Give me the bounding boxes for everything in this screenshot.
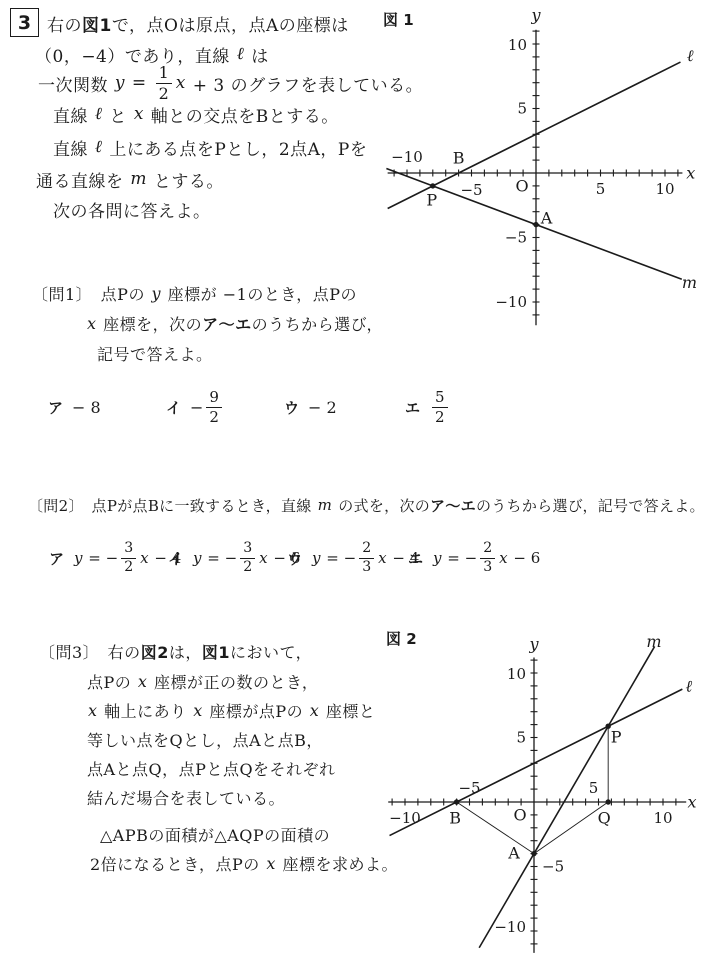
text-run: 軸上にあり <box>99 699 193 722</box>
axis-label-x: x <box>686 164 695 183</box>
point-label-B: B <box>453 149 465 168</box>
axis-label-y: y <box>528 634 539 653</box>
question3-line: 等しい点をQとし，点Aと点B， <box>87 728 323 750</box>
text-run: で，点Oは原点，点Aの座標は <box>112 11 349 36</box>
point-label-P: P <box>611 728 622 747</box>
intro-line: 通る直線を m とする。 <box>36 168 224 190</box>
text-run: の式を，次の <box>333 495 430 516</box>
math-variable: m <box>317 496 334 514</box>
fraction-numerator: 3 <box>121 541 136 559</box>
point-label-Q: Q <box>598 809 611 828</box>
fraction-numerator: 2 <box>480 541 495 559</box>
choice-label: イ <box>166 397 181 418</box>
text-run: と <box>104 102 133 127</box>
math-variable: x <box>258 549 268 567</box>
tick-label: 5 <box>516 729 526 747</box>
point-label-B: B <box>449 809 461 828</box>
choice-label: エ <box>408 548 423 569</box>
math-variable: x <box>192 701 204 720</box>
math-variable: m <box>129 169 148 189</box>
choice-label: ア <box>49 548 64 569</box>
question3-line: 〔問3〕 右の図2は，図1において， <box>39 640 312 662</box>
axis-label-y: y <box>530 5 541 24</box>
text-run: 座標を，次の <box>98 312 203 335</box>
text-run: 右の <box>47 11 82 36</box>
tick-label: −10 <box>391 148 423 166</box>
choice-label: ア <box>48 397 63 418</box>
question1-line: 記号で答えよ。 <box>97 342 213 364</box>
intro-line: 直線 ℓ 上にある点をPとし，2点A，Pを <box>53 136 367 158</box>
text-run: 直線 <box>53 135 94 160</box>
tick-label: −5 <box>460 181 482 199</box>
fraction: 23 <box>480 541 495 576</box>
math-variable: x <box>309 701 321 720</box>
question1-choice: エ52 <box>405 384 451 430</box>
fraction: 23 <box>359 541 374 576</box>
text-run: = − <box>203 549 238 567</box>
text-run: 座標と <box>320 699 375 722</box>
text-run: 〔問1〕 点Pの <box>32 282 151 305</box>
choice-label: ウ <box>287 548 302 569</box>
text-run: のうちから選び， <box>252 312 383 335</box>
math-variable: y <box>432 549 442 567</box>
point-dot-A <box>533 222 538 227</box>
intro-line: 次の各問に答えよ。 <box>53 198 211 220</box>
math-variable: y <box>192 549 202 567</box>
choice-label: ウ <box>284 397 299 418</box>
math-variable: y <box>151 284 163 303</box>
tick-label: 10 <box>507 665 526 683</box>
point-label-O: O <box>513 806 526 825</box>
point-label-A: A <box>540 209 553 228</box>
question2-choice: エy = −23x − 6 <box>408 535 540 581</box>
text-run: 図1 <box>82 11 112 36</box>
question2-choice: ウy = −23x − 4 <box>287 535 419 581</box>
point-dot-Q <box>605 799 610 804</box>
text-run: のうちから選び，記号で答えよ。 <box>476 495 705 516</box>
tick-label: −10 <box>495 293 527 311</box>
fraction: 12 <box>156 64 172 103</box>
tick-label: 5 <box>589 779 599 797</box>
question1-choice: ア− 8 <box>48 384 101 430</box>
point-dot-B <box>454 799 459 804</box>
text-run: 図1 <box>202 640 230 663</box>
math-variable: x <box>86 314 98 333</box>
question3-line: 点Aと点Q，点Pと点Qをそれぞれ <box>87 757 336 779</box>
tick-label: 10 <box>655 180 674 198</box>
figure2-graph: ℓm−10−5510105−5−10xyBOQAP <box>380 618 710 963</box>
tick-label: −5 <box>505 229 527 247</box>
question3-line: x 軸上にあり x 座標が点Pの x 座標と <box>87 699 375 721</box>
text-run: 上にある点をPとし，2点A，Pを <box>104 135 368 160</box>
question3-line: 点Pの x 座標が正の数のとき， <box>87 670 318 692</box>
fraction: 92 <box>206 389 222 426</box>
text-run: 点Pの <box>87 670 137 693</box>
math-variable: ℓ <box>94 137 104 157</box>
fraction-numerator: 5 <box>432 389 448 408</box>
text-run: 座標が点Pの <box>204 699 309 722</box>
intro-line: 直線 ℓ と x 軸との交点をBとする。 <box>53 103 339 125</box>
text-run: 座標が正の数のとき， <box>148 670 318 693</box>
question2-choice: アy = −32x − 4 <box>49 535 181 581</box>
tick-label: −5 <box>542 858 564 876</box>
text-run: 座標が −1のとき，点Pの <box>162 282 357 305</box>
fraction: 32 <box>121 541 136 576</box>
figure1-graph: ℓm−10−5510105−5−10xyBPAO <box>370 0 710 335</box>
math-variable: x <box>133 104 145 124</box>
question3-line: 結んだ場合を表している。 <box>87 786 285 808</box>
text-run: − 2 <box>308 398 337 417</box>
text-run: 図2 <box>141 640 169 663</box>
text-run: − 8 <box>72 398 101 417</box>
math-variable: y <box>73 549 83 567</box>
fraction-numerator: 9 <box>206 389 222 408</box>
problem-number: 3 <box>18 12 31 34</box>
text-run: 結んだ場合を表している。 <box>87 786 285 809</box>
math-variable: x <box>87 701 99 720</box>
tick-label: 10 <box>653 809 672 827</box>
fraction-denominator: 2 <box>124 559 133 576</box>
text-run: 〔問3〕 右の <box>39 640 141 663</box>
question1-choice: ウ− 2 <box>284 384 337 430</box>
text-run: 点Aと点Q，点Pと点Qをそれぞれ <box>87 757 336 780</box>
fraction-numerator: 2 <box>359 541 374 559</box>
text-run: 等しい点をQとし，点Aと点B， <box>87 728 323 751</box>
graph-line-m <box>479 646 654 947</box>
math-variable: x <box>265 854 277 873</box>
question1-choice: イ−92 <box>166 384 225 430</box>
math-variable: x <box>377 549 387 567</box>
graph-line-label-ℓ: ℓ <box>685 676 692 695</box>
math-variable: x <box>175 73 187 93</box>
math-variable: x <box>139 549 149 567</box>
question1-line: 〔問1〕 点Pの y 座標が −1のとき，点Pの <box>32 282 357 304</box>
fraction-denominator: 2 <box>243 559 252 576</box>
tick-label: 5 <box>517 100 527 118</box>
graph-line-label-m: m <box>646 632 661 651</box>
choice-label: エ <box>405 397 420 418</box>
graph-line-label-ℓ: ℓ <box>687 46 694 65</box>
text-run: − <box>190 398 203 417</box>
text-run: において， <box>230 640 312 663</box>
math-variable: ℓ <box>236 44 246 64</box>
problem-number-box: 3 <box>10 8 39 37</box>
text-run: ア～エ <box>202 312 252 335</box>
tick-label: −10 <box>494 918 526 936</box>
fraction: 32 <box>240 541 255 576</box>
text-run: とする。 <box>148 167 224 192</box>
question3-line: △APBの面積が△AQPの面積の <box>100 823 330 845</box>
question2-choice: イy = −32x − 6 <box>168 535 300 581</box>
text-run: 軸との交点をBとする。 <box>145 102 339 127</box>
fraction-denominator: 2 <box>435 408 445 426</box>
intro-line: 一次関数 y = 12x + 3 のグラフを表している。 <box>38 63 423 103</box>
math-variable: y <box>311 549 321 567</box>
text-run: 2倍になるとき，点Pの <box>90 852 265 875</box>
text-run: = − <box>443 549 478 567</box>
question2-line: 〔問2〕 点Pが点Bに一致するとき，直線 m の式を，次のア～エのうちから選び，… <box>28 494 705 516</box>
tick-label: 5 <box>596 180 606 198</box>
text-run: 記号で答えよ。 <box>97 342 213 365</box>
tick-label: −10 <box>389 809 421 827</box>
axis-label-x: x <box>688 793 697 812</box>
math-variable: x <box>498 549 508 567</box>
text-run: 一次関数 <box>38 71 114 96</box>
fraction-denominator: 3 <box>362 559 371 576</box>
tick-label: 10 <box>508 36 527 54</box>
choice-label: イ <box>168 548 183 569</box>
point-label-P: P <box>426 190 437 209</box>
text-run: = − <box>84 549 119 567</box>
question3-line: 2倍になるとき，点Pの x 座標を求めよ。 <box>90 852 398 874</box>
point-dot-P <box>430 183 435 188</box>
intro-line: 右の図1で，点Oは原点，点Aの座標は <box>47 12 349 34</box>
text-run: 通る直線を <box>36 167 129 192</box>
point-dot-A <box>531 851 536 856</box>
math-variable: y <box>114 73 126 93</box>
text-run: ア～エ <box>430 495 476 516</box>
text-run: は， <box>169 640 202 663</box>
point-label-O: O <box>515 177 528 196</box>
text-run: − 6 <box>509 549 541 567</box>
fraction-numerator: 3 <box>240 541 255 559</box>
graph-line-label-m: m <box>682 273 697 292</box>
graph-line-ℓ <box>390 689 683 835</box>
text-run: = <box>126 73 153 93</box>
question1-line: x 座標を，次のア～エのうちから選び， <box>86 312 383 334</box>
text-run: △APBの面積が△AQPの面積の <box>100 823 330 846</box>
text-run: 次の各問に答えよ。 <box>53 197 211 222</box>
tick-label: −5 <box>458 779 480 797</box>
fraction-denominator: 3 <box>483 559 492 576</box>
fraction-denominator: 2 <box>209 408 219 426</box>
text-run: 〔問2〕 点Pが点Bに一致するとき，直線 <box>28 495 317 516</box>
math-variable: x <box>137 672 149 691</box>
fraction-numerator: 1 <box>156 64 172 84</box>
fraction-denominator: 2 <box>159 84 169 103</box>
math-variable: ℓ <box>94 104 104 124</box>
text-run: = − <box>322 549 357 567</box>
text-run: 直線 <box>53 102 94 127</box>
point-label-A: A <box>507 844 520 863</box>
exam-page: 3 右の図1で，点Oは原点，点Aの座標は（0，−4）であり，直線 ℓ は一次関数… <box>0 0 710 963</box>
fraction: 52 <box>432 389 448 426</box>
intro-line: （0，−4）であり，直線 ℓ は <box>35 43 269 65</box>
